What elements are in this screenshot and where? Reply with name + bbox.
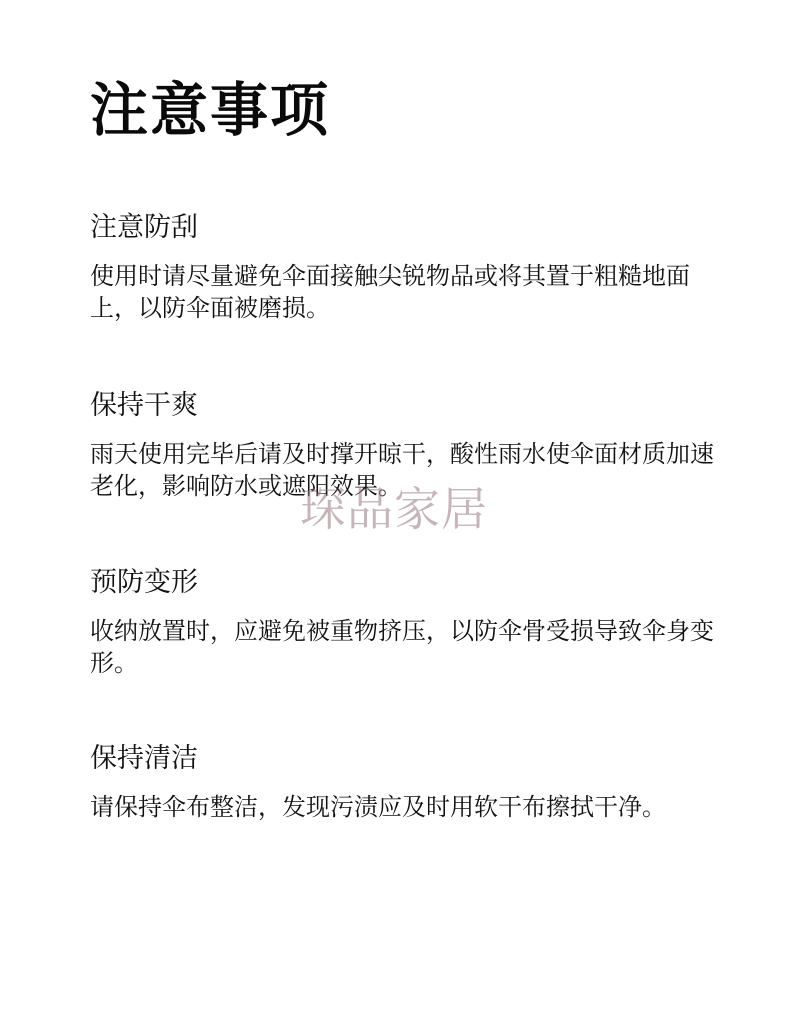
section-heading: 预防变形 bbox=[90, 565, 730, 601]
section-body: 使用时请尽量避免伞面接触尖锐物品或将其置于粗糙地面上，以防伞面被磨损。 bbox=[90, 260, 730, 324]
section-heading: 保持清洁 bbox=[90, 741, 730, 777]
section-scratch-prevention: 注意防刮 使用时请尽量避免伞面接触尖锐物品或将其置于粗糙地面上，以防伞面被磨损。 bbox=[90, 210, 730, 324]
section-prevent-deformation: 预防变形 收纳放置时，应避免被重物挤压，以防伞骨受损导致伞身变形。 bbox=[90, 565, 730, 679]
section-body: 请保持伞布整洁，发现污渍应及时用软干布擦拭干净。 bbox=[90, 791, 730, 823]
section-body: 收纳放置时，应避免被重物挤压，以防伞骨受损导致伞身变形。 bbox=[90, 615, 730, 679]
section-keep-clean: 保持清洁 请保持伞布整洁，发现污渍应及时用软干布擦拭干净。 bbox=[90, 741, 730, 823]
section-heading: 注意防刮 bbox=[90, 210, 730, 246]
watermark: 琛品家居 bbox=[300, 473, 488, 539]
page-title: 注意事项 bbox=[90, 72, 330, 148]
section-heading: 保持干爽 bbox=[90, 388, 730, 424]
